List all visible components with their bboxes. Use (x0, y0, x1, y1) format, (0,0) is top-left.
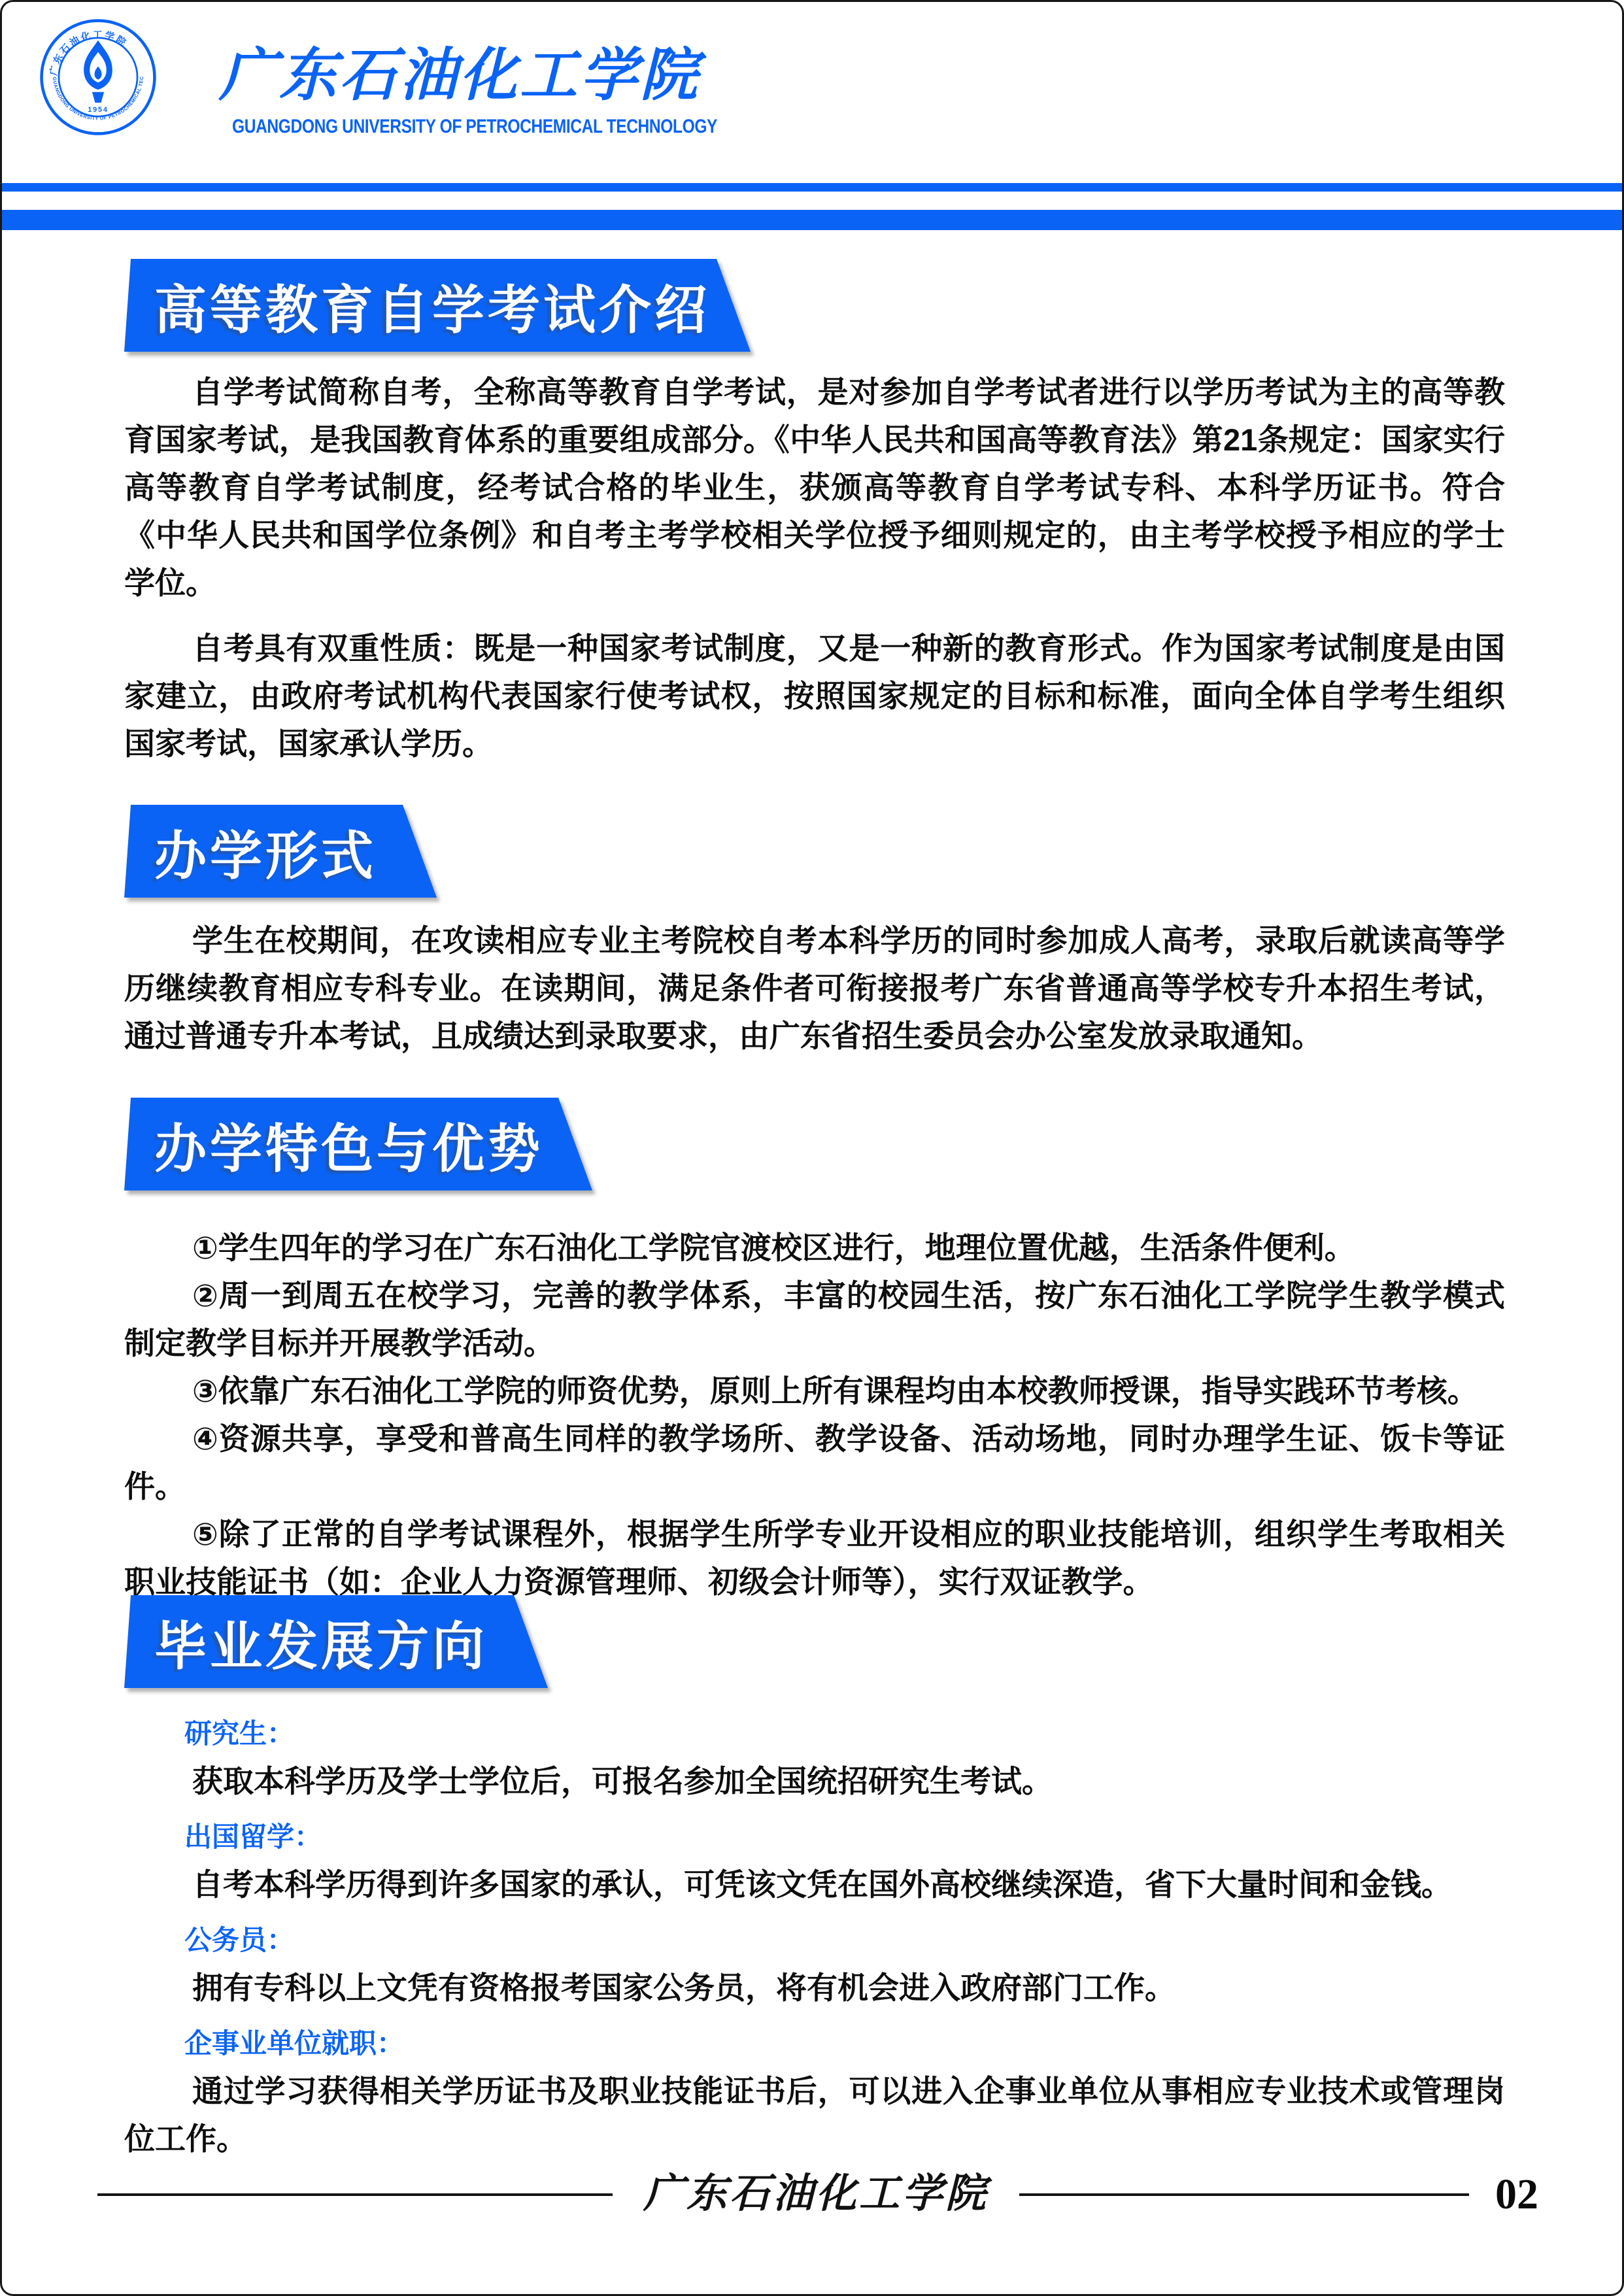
feature-item: ③依靠广东石油化工学院的师资优势，原则上所有课程均由本校教师授课，指导实践环节考… (124, 1367, 1505, 1415)
paragraph: 学生在校期间，在攻读相应专业主考院校自考本科学历的同时参加成人高考，录取后就读高… (124, 917, 1505, 1060)
section-banner-graduation-paths: 毕业发展方向 (124, 1595, 548, 1688)
footer-rule-left (97, 2193, 613, 2196)
brochure-page: 广东石油化工学院 GUANGDONG UNIVERSITY OF PETROCH… (0, 0, 1624, 2296)
section-exam-intro-paragraph-1: 自学考试简称自考，全称高等教育自学考试，是对参加自学考试者进行以学历考试为主的高… (124, 368, 1505, 607)
section-exam-intro-paragraph-2: 自考具有双重性质：既是一种国家考试制度，又是一种新的教育形式。作为国家考试制度是… (124, 624, 1505, 768)
subsection-label-civil-servant: 公务员： (124, 1916, 1505, 1964)
banner-shape: 高等教育自学考试介绍 (124, 259, 751, 352)
subsection-label-enterprise-employment: 企事业单位就职： (124, 2019, 1505, 2067)
banner-shape: 办学特色与优势 (124, 1098, 592, 1190)
section-title: 办学形式 (154, 814, 377, 889)
page-number: 02 (1495, 2170, 1538, 2220)
subsection-label-study-abroad: 出国留学： (124, 1813, 1505, 1861)
university-seal-logo: 广东石油化工学院 GUANGDONG UNIVERSITY OF PETROCH… (39, 18, 158, 137)
section-title: 毕业发展方向 (154, 1604, 488, 1680)
seal-year: 1954 (88, 106, 109, 114)
feature-item: ②周一到周五在校学习，完善的教学体系，丰富的校园生活，按广东石油化工学院学生教学… (124, 1272, 1505, 1367)
paragraph: 自学考试简称自考，全称高等教育自学考试，是对参加自学考试者进行以学历考试为主的高… (124, 368, 1505, 607)
subsection-label-graduate: 研究生： (124, 1710, 1505, 1757)
paragraph: 自考具有双重性质：既是一种国家考试制度，又是一种新的教育形式。作为国家考试制度是… (124, 624, 1505, 768)
divider-stripe-thin (2, 183, 1622, 192)
feature-item: ④资源共享，享受和普高生同样的教学场所、教学设备、活动场地，同时办理学生证、饭卡… (124, 1415, 1505, 1510)
section-school-form-paragraph: 学生在校期间，在攻读相应专业主考院校自考本科学历的同时参加成人高考，录取后就读高… (124, 917, 1505, 1060)
section-title: 高等教育自学考试介绍 (154, 268, 710, 343)
section-banner-exam-intro: 高等教育自学考试介绍 (124, 259, 751, 352)
subsection-text: 拥有专科以上文凭有资格报考国家公务员，将有机会进入政府部门工作。 (124, 1964, 1505, 2012)
footer-rule-right (1019, 2193, 1469, 2196)
features-list: ①学生四年的学习在广东石油化工学院官渡校区进行，地理位置优越，生活条件便利。 ②… (124, 1224, 1505, 1606)
graduation-paths-list: 研究生： 获取本科学历及学士学位后，可报名参加全国统招研究生考试。 出国留学： … (124, 1710, 1505, 2170)
banner-shape: 办学形式 (124, 805, 437, 898)
footer-school-script: 广东石油化工学院 (613, 2161, 1019, 2219)
feature-item: ①学生四年的学习在广东石油化工学院官渡校区进行，地理位置优越，生活条件便利。 (124, 1224, 1505, 1272)
subsection-text: 自考本科学历得到许多国家的承认，可凭该文凭在国外高校继续深造，省下大量时间和金钱… (124, 1861, 1505, 1908)
feature-item: ⑤除了正常的自学考试课程外，根据学生所学专业开设相应的职业技能培训，组织学生考取… (124, 1510, 1505, 1606)
subsection-text: 通过学习获得相关学历证书及职业技能证书后，可以进入企事业单位从事相应专业技术或管… (124, 2067, 1505, 2163)
divider-stripe-thick (2, 210, 1622, 230)
section-banner-features: 办学特色与优势 (124, 1098, 592, 1190)
section-banner-school-form: 办学形式 (124, 805, 437, 898)
university-name-english: GUANGDONG UNIVERSITY OF PETROCHEMICAL TE… (232, 116, 717, 138)
university-name-chinese: 广东石油化工学院 (219, 29, 700, 112)
section-title: 办学特色与优势 (154, 1107, 543, 1182)
subsection-text: 获取本科学历及学士学位后，可报名参加全国统招研究生考试。 (124, 1757, 1505, 1805)
banner-shape: 毕业发展方向 (124, 1595, 548, 1688)
